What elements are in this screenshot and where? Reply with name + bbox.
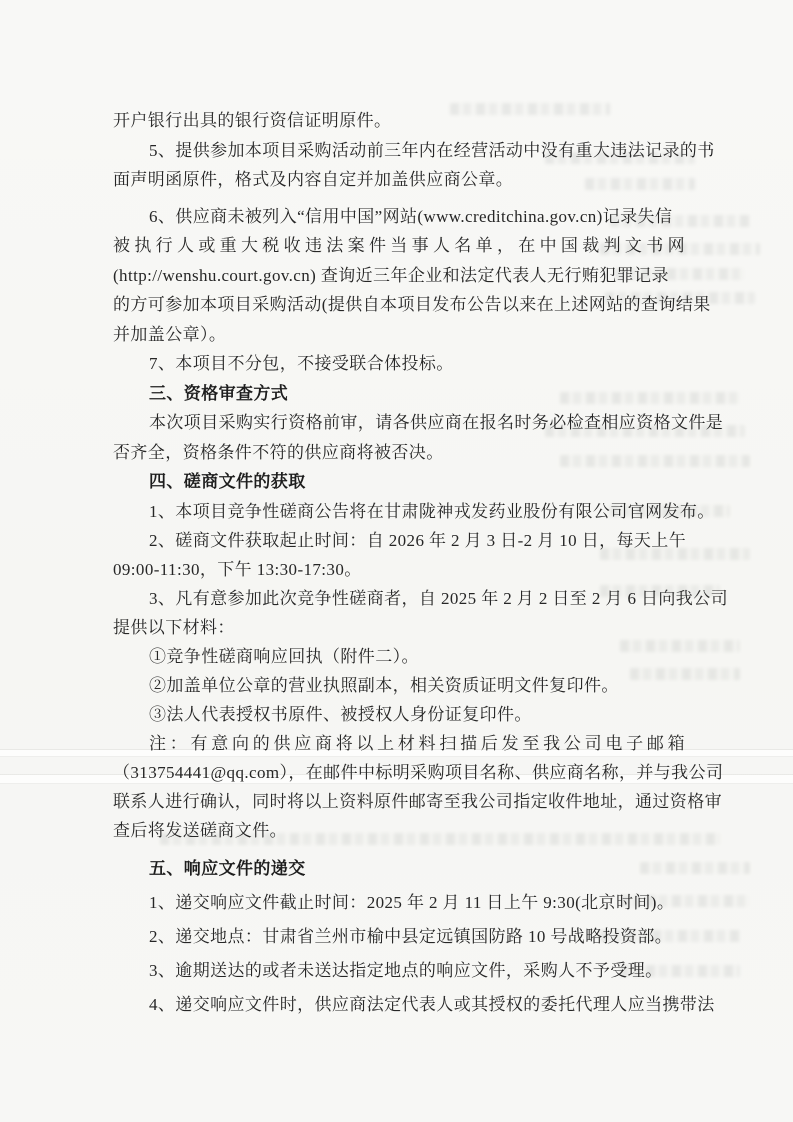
doc-line: 注：有意向的供应商将以上材料扫描后发至我公司电子邮箱 [113, 729, 685, 758]
doc-line: 2、磋商文件获取起止时间：自 2026 年 2 月 3 日-2 月 10 日，每… [113, 526, 685, 555]
section-heading-4: 四、磋商文件的获取 [113, 467, 685, 497]
doc-line: 1、递交响应文件截止时间：2025 年 2 月 11 日上午 9:30(北京时间… [113, 886, 685, 920]
doc-line: 09:00-11:30，下午 13:30-17:30。 [113, 555, 685, 584]
doc-line: 5、提供参加本项目采购活动前三年内在经营活动中没有重大违法记录的书 [113, 136, 685, 166]
doc-line: ①竞争性磋商响应回执（附件二）。 [113, 642, 685, 671]
doc-line: （313754441@qq.com），在邮件中标明采购项目名称、供应商名称，并与… [113, 758, 685, 787]
doc-line: 并加盖公章）。 [113, 320, 685, 350]
doc-line: 查后将发送磋商文件。 [113, 816, 685, 845]
doc-line: 面声明函原件，格式及内容自定并加盖供应商公章。 [113, 165, 685, 195]
doc-line: 3、逾期送达的或者未送达指定地点的响应文件，采购人不予受理。 [113, 954, 685, 988]
doc-line: 本次项目采购实行资格前审，请各供应商在报名时务必检查相应资格文件是 [113, 408, 685, 438]
doc-line: 4、递交响应文件时，供应商法定代表人或其授权的委托代理人应当携带法 [113, 988, 685, 1022]
doc-line: (http://wenshu.court.gov.cn) 查询近三年企业和法定代… [113, 261, 685, 291]
doc-line: 否齐全，资格条件不符的供应商将被否决。 [113, 438, 685, 468]
doc-line: 提供以下材料： [113, 613, 685, 642]
doc-line: 的方可参加本项目采购活动(提供自本项目发布公告以来在上述网站的查询结果 [113, 290, 685, 320]
doc-line: 6、供应商未被列入“信用中国”网站(www.creditchina.gov.cn… [113, 202, 685, 232]
doc-line: 1、本项目竞争性磋商公告将在甘肃陇神戎发药业股份有限公司官网发布。 [113, 497, 685, 527]
doc-line: 被执行人或重大税收违法案件当事人名单，在中国裁判文书网 [113, 231, 685, 261]
doc-line: 3、凡有意参加此次竞争性磋商者，自 2025 年 2 月 2 日至 2 月 6 … [113, 584, 685, 613]
section-heading-3: 三、资格审查方式 [113, 379, 685, 409]
doc-line: ②加盖单位公章的营业执照副本，相关资质证明文件复印件。 [113, 671, 685, 700]
doc-line: ③法人代表授权书原件、被授权人身份证复印件。 [113, 700, 685, 729]
doc-line: 2、递交地点：甘肃省兰州市榆中县定远镇国防路 10 号战略投资部。 [113, 920, 685, 954]
doc-line: 7、本项目不分包，不接受联合体投标。 [113, 349, 685, 379]
doc-line: 联系人进行确认，同时将以上资料原件邮寄至我公司指定收件地址，通过资格审 [113, 787, 685, 816]
doc-line: 开户银行出具的银行资信证明原件。 [113, 106, 685, 136]
document-page: 开户银行出具的银行资信证明原件。 5、提供参加本项目采购活动前三年内在经营活动中… [0, 0, 793, 1122]
text-column: 开户银行出具的银行资信证明原件。 5、提供参加本项目采购活动前三年内在经营活动中… [113, 106, 685, 1022]
section-heading-5: 五、响应文件的递交 [113, 852, 685, 886]
